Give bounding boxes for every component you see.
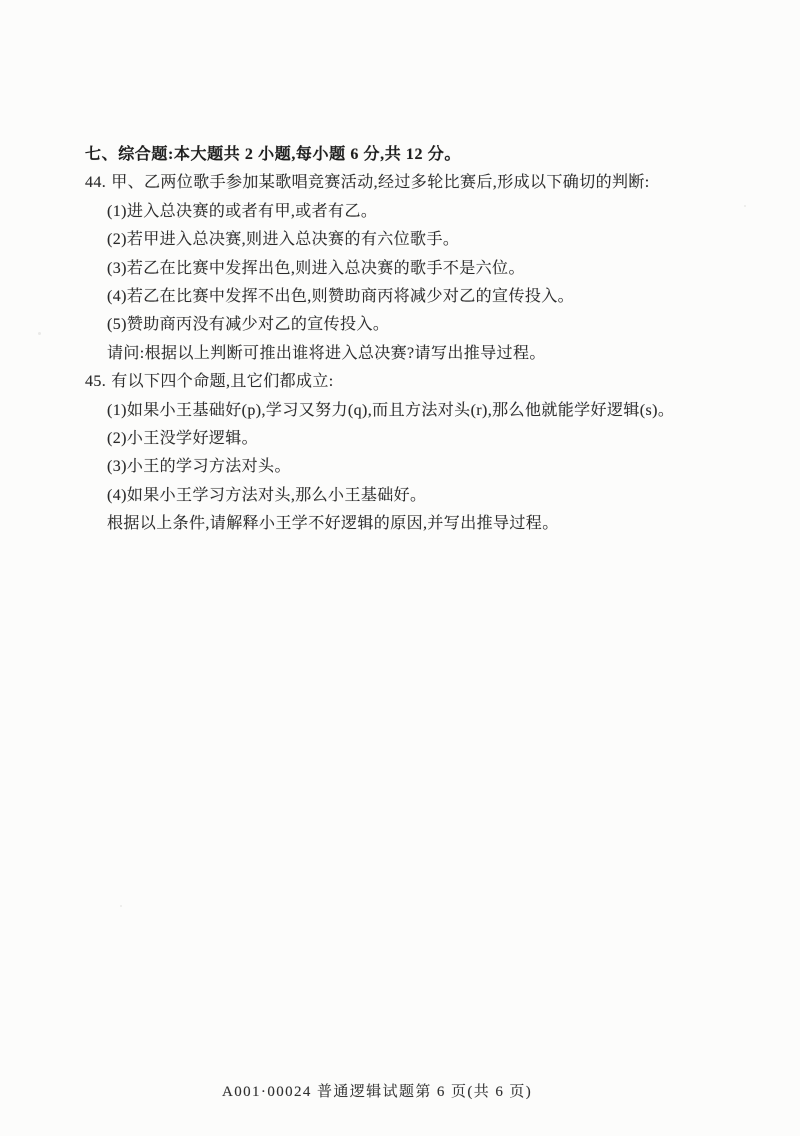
scan-speck [38,332,41,335]
question-45-closing: 根据以上条件,请解释小王学不好逻辑的原因,并写出推导过程。 [85,510,745,538]
question-44-closing: 请问:根据以上判断可推出谁将进入总决赛?请写出推导过程。 [85,340,745,368]
exam-body: 七、综合题:本大题共 2 小题,每小题 6 分,共 12 分。 44.甲、乙两位… [85,141,745,539]
question-44-number: 44. [85,174,106,191]
question-45-item-3: (3)小王的学习方法对头。 [85,453,745,481]
question-44-item-5: (5)赞助商丙没有减少对乙的宣传投入。 [85,311,745,339]
question-45-intro: 有以下四个命题,且它们都成立: [111,373,333,390]
scan-speck [744,205,746,207]
page-footer: A001·00024 普通逻辑试题第 6 页(共 6 页) [222,1081,532,1103]
scanned-exam-page: 七、综合题:本大题共 2 小题,每小题 6 分,共 12 分。 44.甲、乙两位… [0,0,800,1136]
question-44-item-4: (4)若乙在比赛中发挥不出色,则赞助商丙将减少对乙的宣传投入。 [85,283,745,311]
scan-speck [120,905,122,907]
question-45-number: 45. [85,373,106,390]
question-44-intro: 甲、乙两位歌手参加某歌唱竞赛活动,经过多轮比赛后,形成以下确切的判断: [111,174,649,191]
question-45-intro-line: 45.有以下四个命题,且它们都成立: [85,368,745,396]
section-header: 七、综合题:本大题共 2 小题,每小题 6 分,共 12 分。 [85,141,745,169]
question-45-item-4: (4)如果小王学习方法对头,那么小王基础好。 [85,482,745,510]
question-44-item-2: (2)若甲进入总决赛,则进入总决赛的有六位歌手。 [85,226,745,254]
question-44-item-3: (3)若乙在比赛中发挥出色,则进入总决赛的歌手不是六位。 [85,255,745,283]
question-45-item-2: (2)小王没学好逻辑。 [85,425,745,453]
question-45-item-1: (1)如果小王基础好(p),学习又努力(q),而且方法对头(r),那么他就能学好… [85,397,745,425]
question-44-intro-line: 44.甲、乙两位歌手参加某歌唱竞赛活动,经过多轮比赛后,形成以下确切的判断: [85,169,745,197]
question-44-item-1: (1)进入总决赛的或者有甲,或者有乙。 [85,198,745,226]
